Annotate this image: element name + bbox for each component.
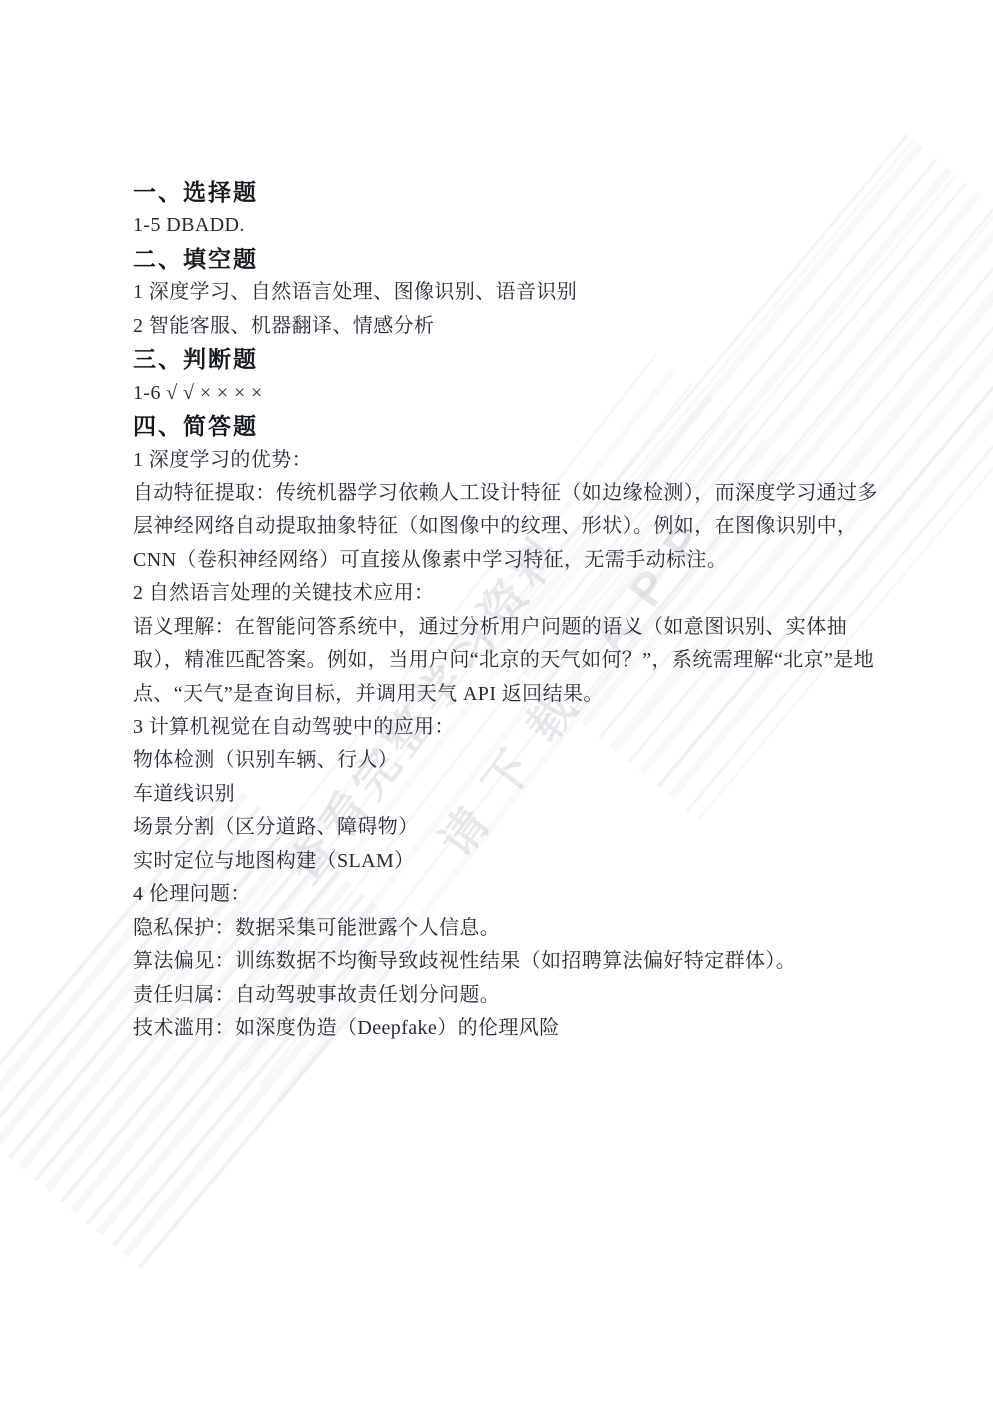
answer-line: 语义理解：在智能问答系统中，通过分析用户问题的语义（如意图识别、实体抽 bbox=[133, 611, 878, 644]
answer-line: 车道线识别 bbox=[133, 778, 878, 811]
answer-line: 2 自然语言处理的关键技术应用： bbox=[133, 577, 878, 610]
answer-line: 1-6 √ √ × × × × bbox=[133, 377, 878, 410]
answer-line: 4 伦理问题： bbox=[133, 878, 878, 911]
document-page: 查看完整学习资料 请下载 APP 一、选择题1-5 DBADD.二、填空题1 深… bbox=[0, 0, 993, 1404]
answer-line: 场景分割（区分道路、障碍物） bbox=[133, 811, 878, 844]
answer-line: 自动特征提取：传统机器学习依赖人工设计特征（如边缘检测），而深度学习通过多 bbox=[133, 477, 878, 510]
answer-line: 1 深度学习的优势： bbox=[133, 444, 878, 477]
answer-line: 物体检测（识别车辆、行人） bbox=[133, 744, 878, 777]
answer-line: 取），精准匹配答案。例如，当用户问“北京的天气如何？”，系统需理解“北京”是地 bbox=[133, 644, 878, 677]
answer-line: 隐私保护：数据采集可能泄露个人信息。 bbox=[133, 912, 878, 945]
answer-line: CNN（卷积神经网络）可直接从像素中学习特征，无需手动标注。 bbox=[133, 544, 878, 577]
answer-line: 责任归属：自动驾驶事故责任划分问题。 bbox=[133, 979, 878, 1012]
section-heading: 四、简答题 bbox=[133, 410, 878, 443]
answer-line: 1-5 DBADD. bbox=[133, 209, 878, 242]
answer-line: 点、“天气”是查询目标，并调用天气 API 返回结果。 bbox=[133, 678, 878, 711]
section-heading: 二、填空题 bbox=[133, 243, 878, 276]
answer-line: 技术滥用：如深度伪造（Deepfake）的伦理风险 bbox=[133, 1012, 878, 1045]
answer-line: 层神经网络自动提取抽象特征（如图像中的纹理、形状）。例如，在图像识别中， bbox=[133, 510, 878, 543]
answer-sheet: 一、选择题1-5 DBADD.二、填空题1 深度学习、自然语言处理、图像识别、语… bbox=[133, 176, 878, 1045]
answer-line: 3 计算机视觉在自动驾驶中的应用： bbox=[133, 711, 878, 744]
answer-line: 2 智能客服、机器翻译、情感分析 bbox=[133, 310, 878, 343]
answer-line: 1 深度学习、自然语言处理、图像识别、语音识别 bbox=[133, 276, 878, 309]
answer-line: 算法偏见：训练数据不均衡导致歧视性结果（如招聘算法偏好特定群体）。 bbox=[133, 945, 878, 978]
section-heading: 一、选择题 bbox=[133, 176, 878, 209]
answer-line: 实时定位与地图构建（SLAM） bbox=[133, 845, 878, 878]
section-heading: 三、判断题 bbox=[133, 343, 878, 376]
